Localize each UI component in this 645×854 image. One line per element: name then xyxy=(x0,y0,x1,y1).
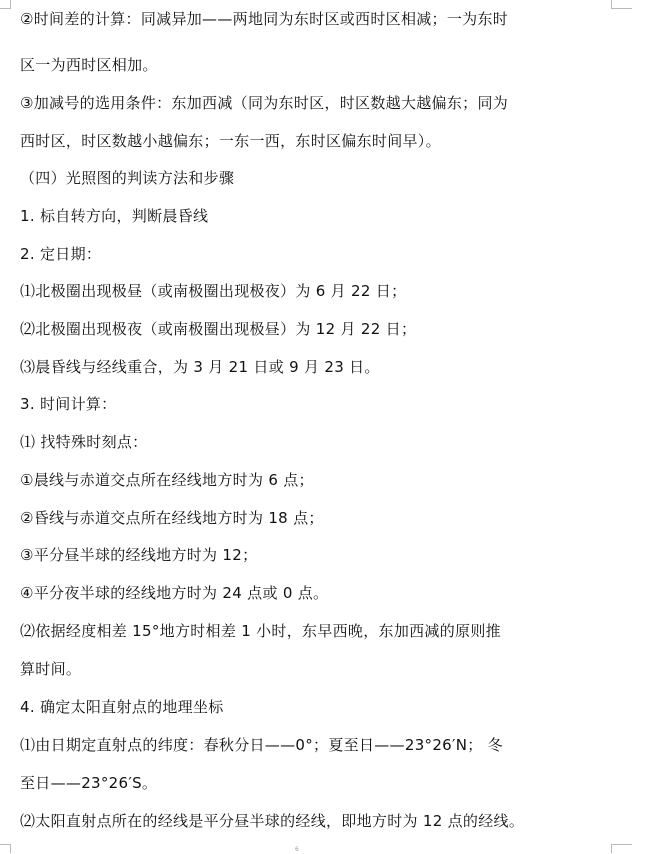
text-line: 至日——23°26′S。 xyxy=(20,773,157,793)
text-line: ⑵太阳直射点所在的经线是平分昼半球的经线，即地方时为 12 点的经线。 xyxy=(20,811,524,831)
text-line: 西时区，时区数越小越偏东；一东一西，东时区偏东时间早）。 xyxy=(20,131,441,151)
text-line: 4. 确定太阳直射点的地理坐标 xyxy=(20,697,224,717)
document-page: ②时间差的计算：同减异加——两地同为东时区或西时区相减；一为东时 区一为西时区相… xyxy=(0,0,645,854)
text-line: ⑴ 找特殊时刻点： xyxy=(20,432,147,452)
section-heading: （四）光照图的判读方法和步骤 xyxy=(20,168,234,188)
text-line: ⑴北极圈出现极昼（或南极圈出现极夜）为 6 月 22 日； xyxy=(20,281,406,301)
crop-mark-top-left xyxy=(0,0,11,9)
text-line: ③平分昼半球的经线地方时为 12； xyxy=(20,545,257,565)
text-line: 区一为西时区相加。 xyxy=(20,55,158,75)
crop-mark-bottom-left xyxy=(0,844,11,853)
text-line: ⑵依据经度相差 15°地方时相差 1 小时，东早西晚，东加西减的原则推 xyxy=(20,621,501,641)
text-line: ②昏线与赤道交点所在经线地方时为 18 点； xyxy=(20,508,324,528)
text-line: 3. 时间计算： xyxy=(20,394,116,414)
text-line: 算时间。 xyxy=(20,659,81,679)
page-number: 6 xyxy=(295,846,299,853)
text-line: ⑵北极圈出现极夜（或南极圈出现极昼）为 12 月 22 日； xyxy=(20,319,416,339)
crop-mark-bottom-right xyxy=(611,844,632,853)
crop-mark-top-right xyxy=(611,0,632,9)
text-line: ②时间差的计算：同减异加——两地同为东时区或西时区相减；一为东时 xyxy=(20,9,508,29)
text-line: 2. 定日期： xyxy=(20,244,101,264)
text-line: ⑴由日期定直射点的纬度：春秋分日——0°；夏至日——23°26′N； 冬 xyxy=(20,735,503,755)
text-line: ①晨线与赤道交点所在经线地方时为 6 点； xyxy=(20,470,314,490)
text-line: ③加减号的选用条件：东加西减（同为东时区，时区数越大越偏东；同为 xyxy=(20,93,508,113)
text-line: ⑶晨昏线与经线重合，为 3 月 21 日或 9 月 23 日。 xyxy=(20,357,380,377)
text-line: 1. 标自转方向，判断晨昏线 xyxy=(20,206,208,226)
text-line: ④平分夜半球的经线地方时为 24 点或 0 点。 xyxy=(20,583,328,603)
